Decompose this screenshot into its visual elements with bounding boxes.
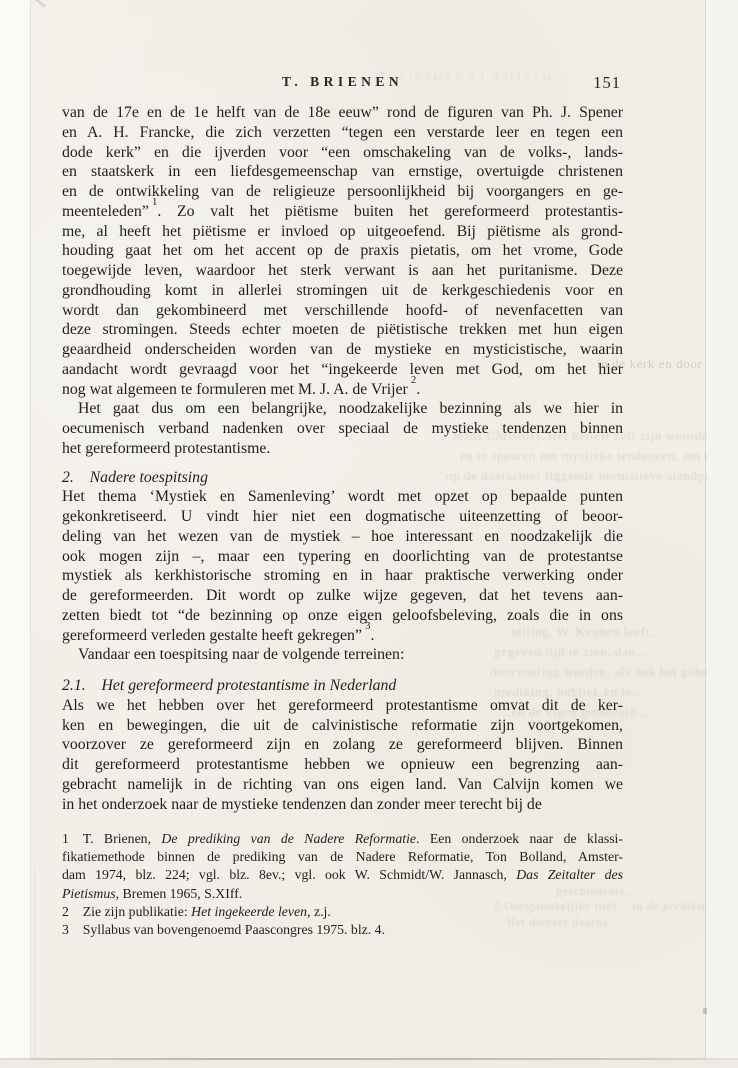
text-line: zetten biedt tot “de bezinning op onze e… xyxy=(62,606,623,626)
text-line: Pietismus, Bremen 1965, S.XIff. xyxy=(62,885,623,903)
running-header: T. BRIENEN 151 xyxy=(62,74,623,94)
text-line: meenteleden” 1. Zo valt het piëtisme bui… xyxy=(62,202,623,222)
text-line: nog wat algemeen te formuleren met M. J.… xyxy=(62,380,623,400)
text-line: toegewijde leven, waardoor het sterk ver… xyxy=(62,261,623,281)
scanned-book-page: MYSTIEK EN SAMENLEVING in de kerk en doo… xyxy=(0,0,738,1068)
text-line: 1 T. Brienen, De prediking van de Nadere… xyxy=(62,830,623,848)
text-line: me, al heeft het piëtisme er invloed op … xyxy=(62,222,623,242)
text-line: van de 17e en de 1e helft van de 18e eeu… xyxy=(62,103,623,123)
text-line: en de ontwikkeling van de religieuze per… xyxy=(62,182,623,202)
text-line: Het thema ‘Mystiek en Samenleving’ wordt… xyxy=(62,487,623,507)
text-line: gekonkretiseerd. U vindt hier niet een d… xyxy=(62,507,623,527)
paragraph: van de 17e en de 1e helft van de 18e eeu… xyxy=(62,103,623,399)
text-line: ook mogen zijn –, maar een typering en d… xyxy=(62,547,623,567)
text-line: Als we het hebben over het gereformeerd … xyxy=(62,696,623,716)
text-line: ken en bewegingen, die uit de calvinisti… xyxy=(62,716,623,736)
text-line: aandacht wordt gevraagd voor het “ingeke… xyxy=(62,360,623,380)
scan-speck xyxy=(36,0,46,7)
scan-speck xyxy=(703,1008,707,1014)
text-line: oecumenisch verband nadenken over specia… xyxy=(62,419,623,439)
text-line: 2 Zie zijn publikatie: Het ingekeerde le… xyxy=(62,903,623,921)
scan-edge-bottom xyxy=(0,1060,738,1068)
text-line: voorzover ze gereformeerd zijn en zolang… xyxy=(62,735,623,755)
text-line: deling van het wezen van de mystiek – ho… xyxy=(62,527,623,547)
text-line: 3 Syllabus van bovengenoemd Paascongres … xyxy=(62,921,623,939)
text-line: Vandaar een toespitsing naar de volgende… xyxy=(62,645,623,665)
section-heading-2: 2. Nadere toespitsing xyxy=(62,468,623,488)
section-heading-2-1: 2.1. Het gereformeerd protestantisme in … xyxy=(62,676,623,696)
paragraph: Het gaat dus om een belangrijke, noodzak… xyxy=(62,399,623,458)
text-line: deze stromingen. Steeds echter moeten de… xyxy=(62,320,623,340)
body-text-column: van de 17e en de 1e helft van de 18e eeu… xyxy=(62,103,623,814)
running-title: T. BRIENEN xyxy=(62,74,623,90)
paragraph: Vandaar een toespitsing naar de volgende… xyxy=(62,645,623,665)
footnotes-block: 1 T. Brienen, De prediking van de Nadere… xyxy=(62,830,623,939)
text-line: dit gereformeerd protestantisme hebben w… xyxy=(62,755,623,775)
text-line: het gereformeerd protestantisme. xyxy=(62,439,623,459)
text-line: Het gaat dus om een belangrijke, noodzak… xyxy=(62,399,623,419)
text-line: geaardheid onderscheiden worden van de m… xyxy=(62,340,623,360)
text-line: en A. H. Francke, die zich verzetten “te… xyxy=(62,123,623,143)
text-line: mystiek als kerkhistorische stroming en … xyxy=(62,566,623,586)
page-number: 151 xyxy=(593,73,621,93)
text-line: dode kerk” en die ijverden voor “een oms… xyxy=(62,143,623,163)
scan-edge-bottom-line xyxy=(0,1058,738,1060)
text-line: en staatskerk in een liefdesgemeenschap … xyxy=(62,162,623,182)
text-line: gereformeerd verleden gestalte heeft gek… xyxy=(62,626,623,646)
paragraph: Als we het hebben over het gereformeerd … xyxy=(62,696,623,815)
text-line: houding gaat het om het accent op de pra… xyxy=(62,241,623,261)
scan-edge-right xyxy=(706,0,738,1068)
footnote-2: 2 Zie zijn publikatie: Het ingekeerde le… xyxy=(62,903,623,921)
text-line: de gereformeerden. Dit wordt op zulke wi… xyxy=(62,586,623,606)
text-line: dam 1974, blz. 224; vgl. blz. 8ev.; vgl.… xyxy=(62,866,623,884)
footnote-3: 3 Syllabus van bovengenoemd Paascongres … xyxy=(62,921,623,939)
text-line: wordt dan gekombineerd met verschillende… xyxy=(62,301,623,321)
paragraph: Het thema ‘Mystiek en Samenleving’ wordt… xyxy=(62,487,623,645)
footnote-1: 1 T. Brienen, De prediking van de Nadere… xyxy=(62,830,623,903)
page-crease xyxy=(34,868,35,1060)
text-line: grondhouding komt in allerlei stromingen… xyxy=(62,281,623,301)
text-line: gebracht namelijk in de richting van ons… xyxy=(62,775,623,795)
text-line: in het onderzoek naar de mystieke tenden… xyxy=(62,795,623,815)
scan-edge-left xyxy=(0,0,31,1068)
text-line: fikatiemethode binnen de prediking van d… xyxy=(62,848,623,866)
